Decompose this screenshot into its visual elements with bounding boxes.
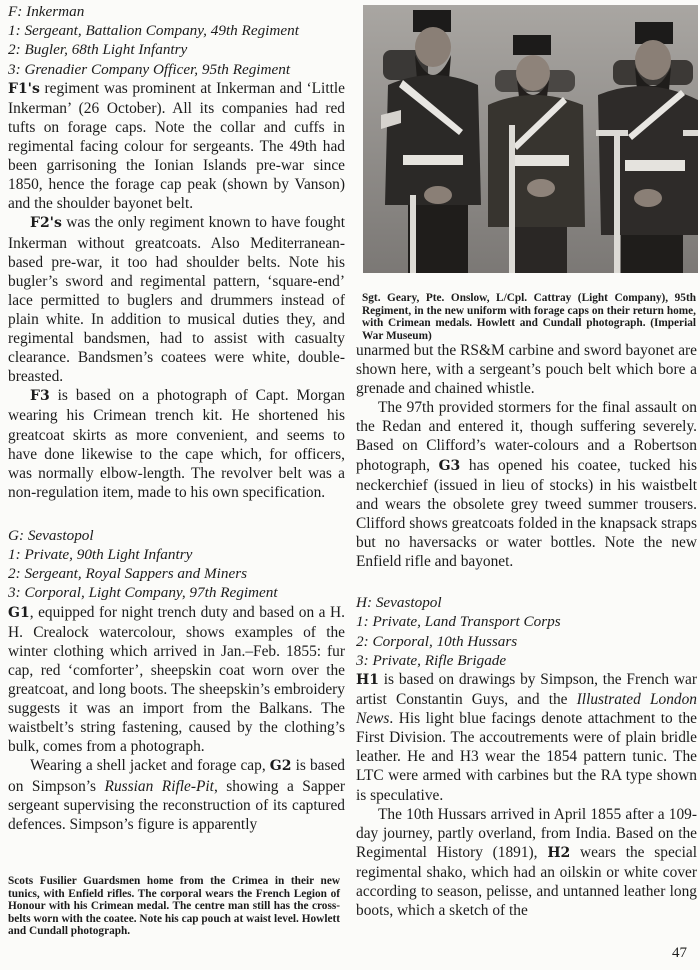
work-title: Russian Rifle-Pit — [105, 778, 214, 795]
paragraph-f2: F2's was the only regiment known to have… — [8, 213, 345, 386]
photo-illustration — [363, 5, 698, 273]
paragraph-h1: H1 is based on drawings by Simpson, the … — [356, 670, 697, 805]
paragraph-f3: F3 is based on a photograph of Capt. Mor… — [8, 386, 345, 502]
paragraph-g2-continued: unarmed but the RS&M carbine and sword b… — [356, 341, 697, 398]
lead-f1: F1's — [8, 81, 40, 97]
section-g-item-1: 1: Private, 90th Light Infantry — [8, 545, 345, 564]
section-g-item-3: 3: Corporal, Light Company, 97th Regimen… — [8, 583, 345, 602]
lead-g2: G2 — [270, 758, 292, 774]
lead-h1: H1 — [356, 672, 379, 688]
left-column: F: Inkerman 1: Sergeant, Battalion Compa… — [8, 2, 345, 834]
lead-g1: G1 — [8, 605, 30, 621]
section-h-item-1: 1: Private, Land Transport Corps — [356, 612, 697, 631]
lead-g3: G3 — [439, 458, 461, 474]
section-f-item-1: 1: Sergeant, Battalion Company, 49th Reg… — [8, 21, 345, 40]
section-g-item-2: 2: Sergeant, Royal Sappers and Miners — [8, 564, 345, 583]
lead-f2: F2's — [30, 215, 62, 231]
section-g-title: G: Sevastopol — [8, 526, 345, 545]
paragraph-g3: The 97th provided stormers for the final… — [356, 398, 697, 571]
paragraph-f1: F1's regiment was prominent at Inkerman … — [8, 79, 345, 214]
section-h-title: H: Sevastopol — [356, 593, 697, 612]
caption-right-photo: Sgt. Geary, Pte. Onslow, L/Cpl. Cattray … — [362, 292, 696, 342]
paragraph-g1: G1, equipped for night trench duty and b… — [8, 603, 345, 757]
paragraph-h2: The 10th Hussars arrived in April 1855 a… — [356, 805, 697, 921]
photograph-soldiers — [363, 5, 698, 273]
lead-f3: F3 — [30, 388, 50, 404]
section-f-title: F: Inkerman — [8, 2, 345, 21]
caption-left-photo: Scots Fusilier Guardsmen home from the C… — [8, 875, 340, 938]
right-column: unarmed but the RS&M carbine and sword b… — [356, 341, 697, 920]
lead-h2: H2 — [547, 845, 570, 861]
paragraph-g2: Wearing a shell jacket and forage cap, G… — [8, 756, 345, 833]
page-number: 47 — [672, 945, 687, 962]
section-f-item-3: 3: Grenadier Company Officer, 95th Regim… — [8, 60, 345, 79]
section-f-item-2: 2: Bugler, 68th Light Infantry — [8, 40, 345, 59]
section-h-item-2: 2: Corporal, 10th Hussars — [356, 632, 697, 651]
section-h-item-3: 3: Private, Rifle Brigade — [356, 651, 697, 670]
